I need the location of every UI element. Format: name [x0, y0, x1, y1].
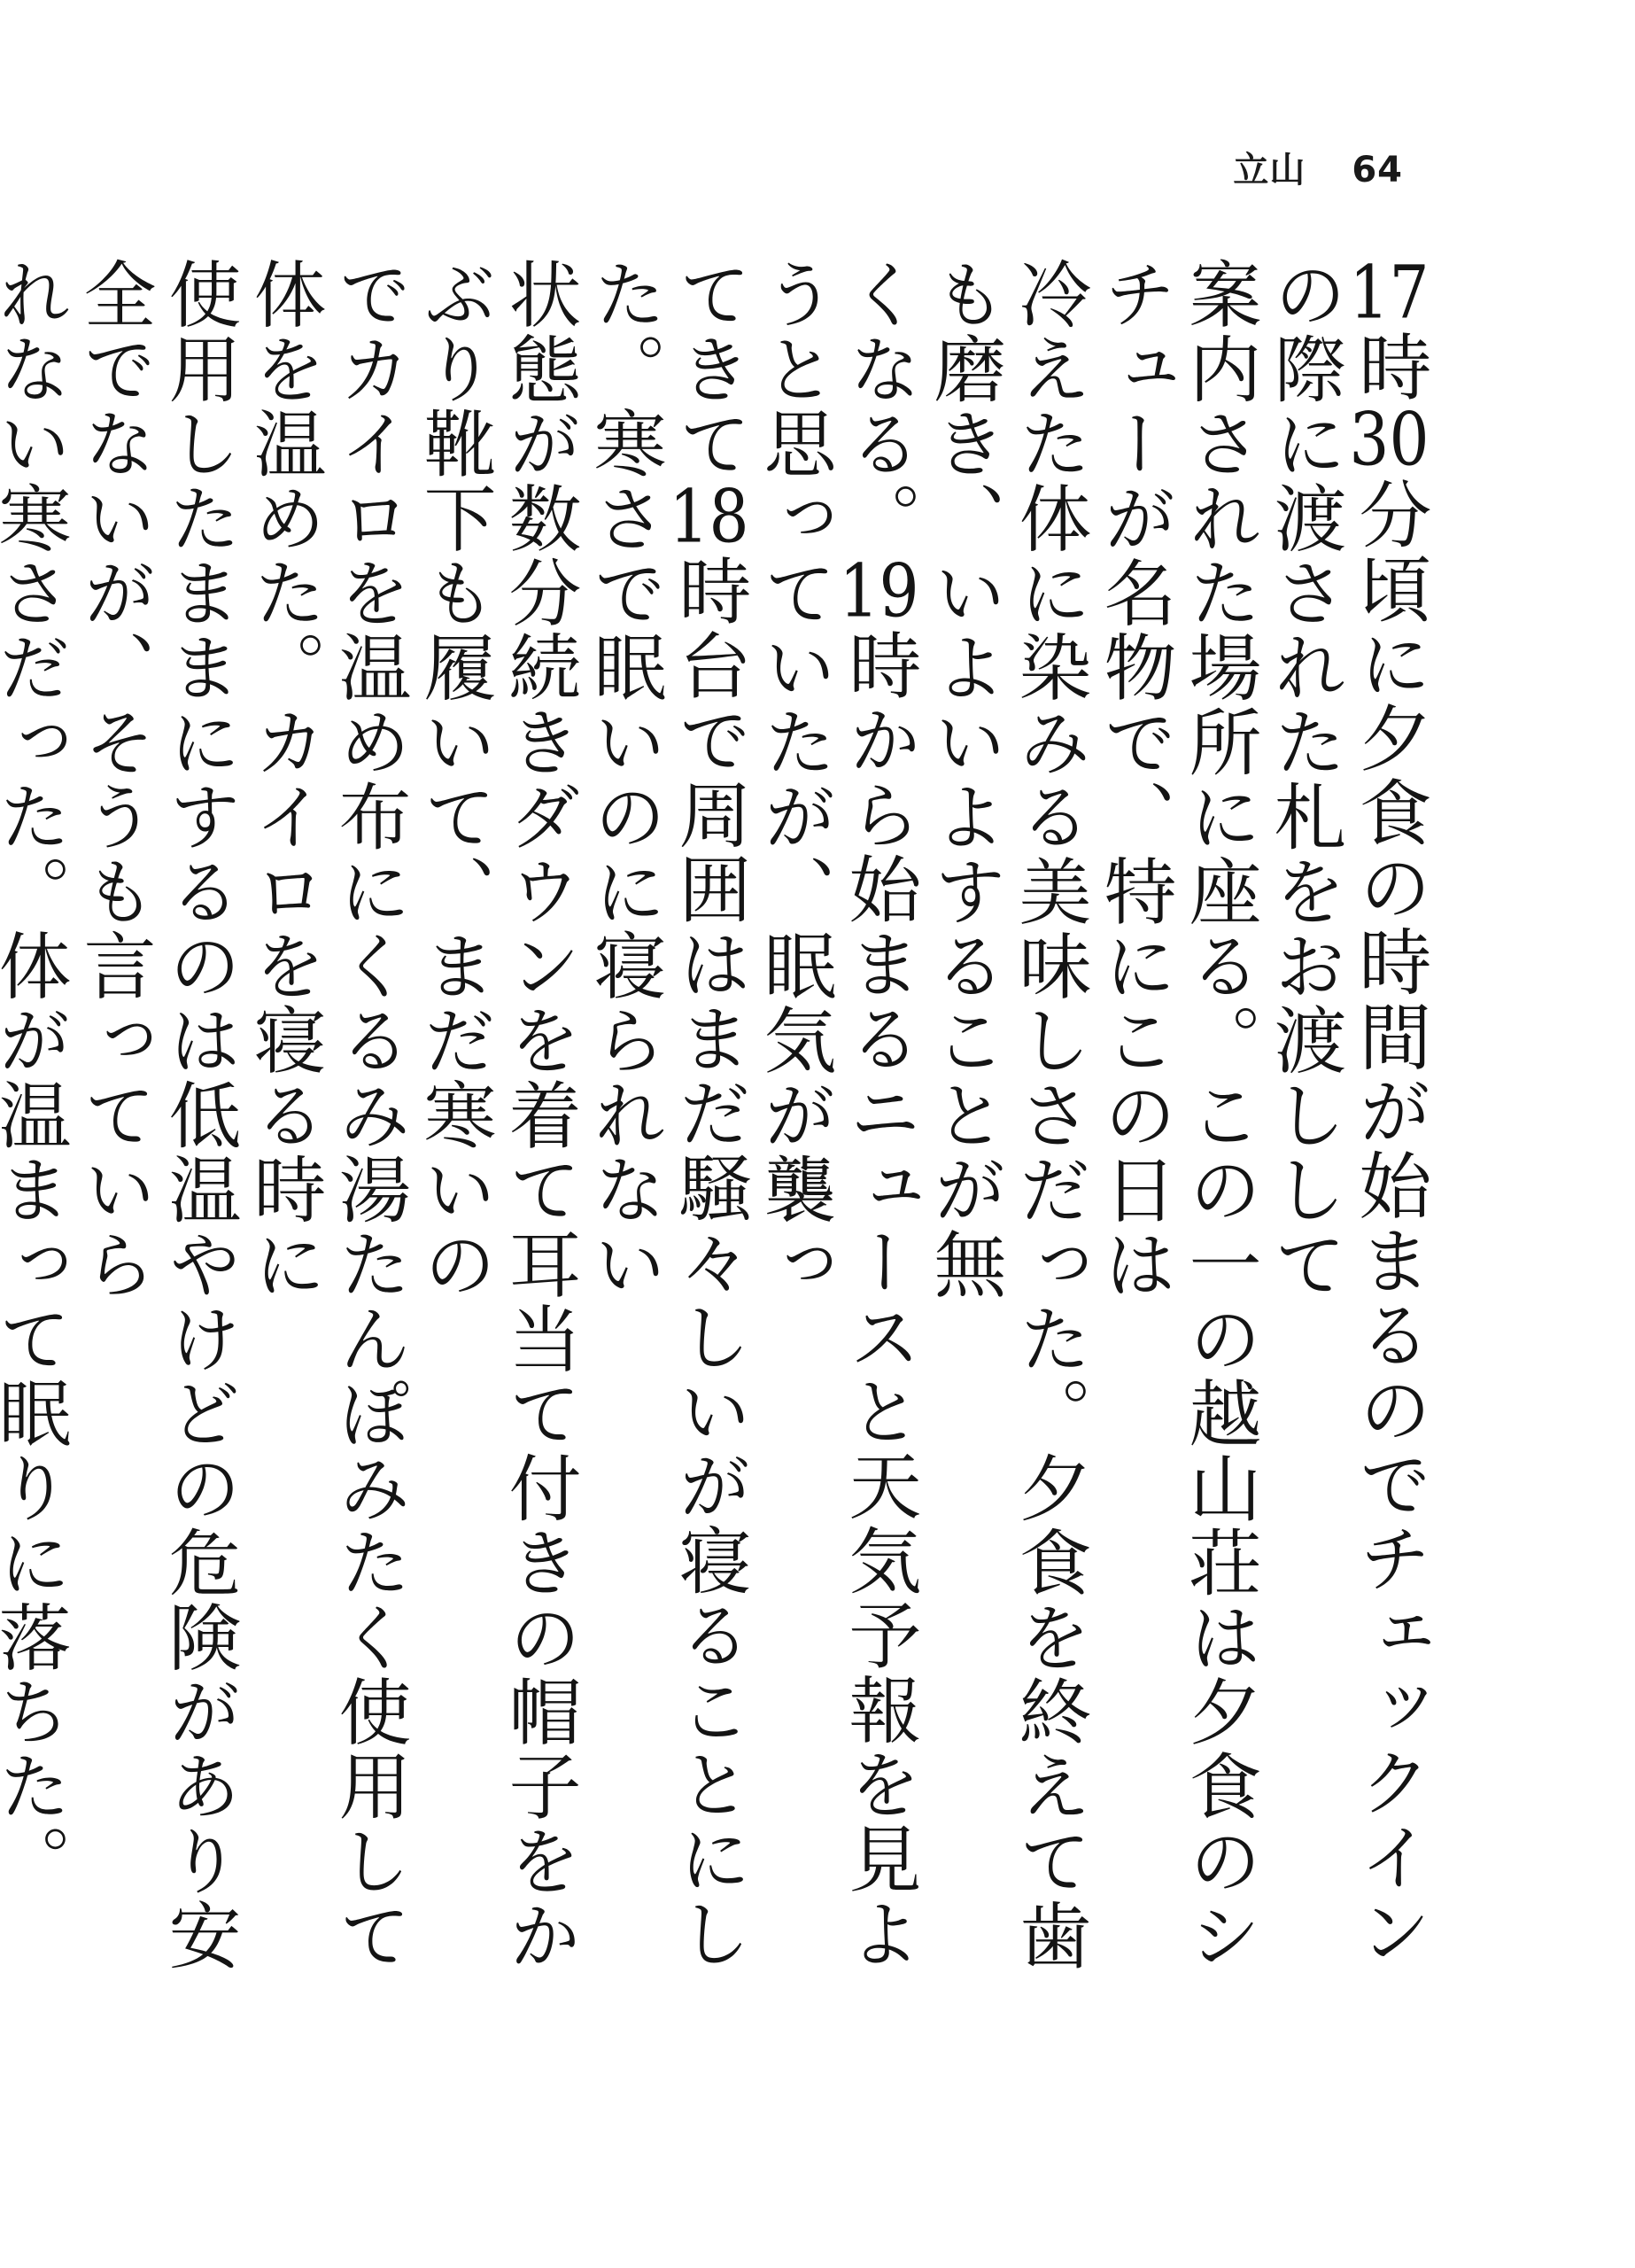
text-column: 冷えた体に染みる美味しさだった。夕食を終えて歯も磨き、いよいよすることが無: [921, 257, 1091, 2011]
section-title: 立山: [1233, 150, 1306, 190]
text-column: くなる。19時から始まるニュースと天気予報を見ようと思っていたが、眠気が襲っ: [751, 257, 921, 2011]
text-column: 案内された場所に座る。この一の越山荘は夕食のシチューが名物で、特にこの日は: [1091, 257, 1261, 2011]
vertical-body-text: 17時30分頃に夕食の時間が始まるのでチェックインの際に渡された札をお渡しして案…: [191, 257, 1431, 2011]
text-column: てきて18時台で周囲はまだ騒々しいが寝ることにした。寒さで眠いのに寝られない: [581, 257, 751, 2011]
text-column: 状態が数分続きダウンを着て耳当て付きの帽子をかぶり靴下も履いて、まだ寒いの: [411, 257, 581, 2011]
text-column: でカイロを温め布にくるみ湯たんぽみたく使用して体を温めた。カイロを寝る時に: [241, 257, 411, 2011]
running-header: 立山64: [1233, 142, 1403, 192]
text-column: 使用したままにするのは低温やけどの危険があり安全でないが、そうも言っていら: [71, 257, 241, 2011]
text-column: 17時30分頃に夕食の時間が始まるのでチェックインの際に渡された札をお渡しして: [1261, 257, 1431, 2011]
page-number: 64: [1352, 150, 1403, 190]
text-column: れない寒さだった。体が温まって眠りに落ちた。: [0, 257, 71, 2011]
